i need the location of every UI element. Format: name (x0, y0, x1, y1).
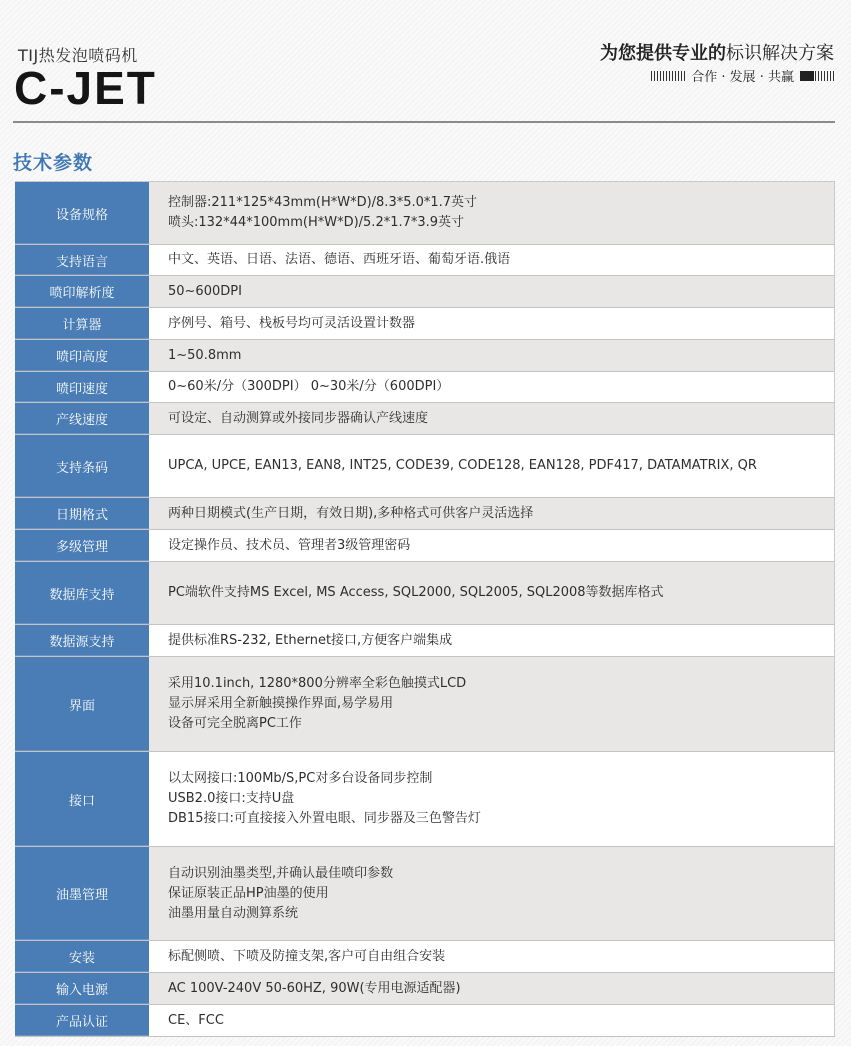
spec-row: 界面 采用10.1inch, 1280*800分辨率全彩色触摸式LCD 显示屏采… (15, 657, 834, 752)
spec-value: 1~50.8mm (149, 340, 834, 371)
spec-row: 喷印速度 0~60米/分（300DPI） 0~30米/分（600DPI） (15, 372, 834, 403)
spec-label: 喷印解析度 (15, 276, 149, 307)
slogan: 为您提供专业的标识解决方案 (600, 39, 834, 65)
spec-value: 提供标准RS-232, Ethernet接口,方便客户端集成 (149, 625, 834, 656)
brand-name: C-JET (14, 64, 157, 112)
spec-line: DB15接口:可直接接入外置电眼、同步器及三色警告灯 (168, 809, 834, 829)
spec-row: 接口 以太网接口:100Mb/S,PC对多台设备同步控制 USB2.0接口:支持… (15, 752, 834, 847)
spec-value: 0~60米/分（300DPI） 0~30米/分（600DPI） (149, 372, 834, 402)
spec-label: 设备规格 (15, 182, 149, 244)
spec-row: 设备规格 控制器:211*125*43mm(H*W*D)/8.3*5.0*1.7… (15, 182, 834, 245)
spec-value: 50~600DPI (149, 276, 834, 307)
spec-line: 中文、英语、日语、法语、德语、西班牙语、葡萄牙语.俄语 (168, 250, 834, 270)
spec-table: 设备规格 控制器:211*125*43mm(H*W*D)/8.3*5.0*1.7… (15, 181, 835, 1037)
slogan-rest: 标识解决方案 (726, 43, 834, 64)
spec-value: UPCA, UPCE, EAN13, EAN8, INT25, CODE39, … (149, 435, 834, 497)
spec-value: 以太网接口:100Mb/S,PC对多台设备同步控制 USB2.0接口:支持U盘 … (149, 752, 834, 846)
spec-row: 喷印高度 1~50.8mm (15, 340, 834, 372)
spec-line: 可设定、自动测算或外接同步器确认产线速度 (168, 409, 834, 429)
spec-value: 中文、英语、日语、法语、德语、西班牙语、葡萄牙语.俄语 (149, 245, 834, 275)
spec-value: 可设定、自动测算或外接同步器确认产线速度 (149, 403, 834, 434)
spec-value: 两种日期模式(生产日期，有效日期),多种格式可供客户灵活选择 (149, 498, 834, 529)
spec-label: 喷印速度 (15, 372, 149, 402)
spec-line: 两种日期模式(生产日期，有效日期),多种格式可供客户灵活选择 (168, 504, 834, 524)
decorative-bars-right-icon (800, 71, 834, 81)
spec-row: 支持语言 中文、英语、日语、法语、德语、西班牙语、葡萄牙语.俄语 (15, 245, 834, 276)
spec-line: 标配侧喷、下喷及防撞支架,客户可自由组合安装 (168, 947, 834, 967)
spec-label: 数据库支持 (15, 562, 149, 624)
spec-line: PC端软件支持MS Excel, MS Access, SQL2000, SQL… (168, 583, 834, 603)
spec-row: 喷印解析度 50~600DPI (15, 276, 834, 308)
spec-value: 序例号、箱号、栈板号均可灵活设置计数器 (149, 308, 834, 339)
spec-label: 支持条码 (15, 435, 149, 497)
spec-label: 产线速度 (15, 403, 149, 434)
section-title: 技术参数 (13, 148, 93, 175)
spec-row: 计算器 序例号、箱号、栈板号均可灵活设置计数器 (15, 308, 834, 340)
spec-label: 输入电源 (15, 973, 149, 1004)
spec-line: 提供标准RS-232, Ethernet接口,方便客户端集成 (168, 631, 834, 651)
spec-label: 安装 (15, 941, 149, 972)
spec-value: AC 100V-240V 50-60HZ, 90W(专用电源适配器) (149, 973, 834, 1004)
spec-line: 1~50.8mm (168, 346, 834, 366)
spec-value: PC端软件支持MS Excel, MS Access, SQL2000, SQL… (149, 562, 834, 624)
spec-label: 界面 (15, 657, 149, 751)
spec-row: 产品认证 CE、FCC (15, 1005, 834, 1037)
slogan-strong: 为您提供专业的 (600, 43, 726, 64)
spec-line: 0~60米/分（300DPI） 0~30米/分（600DPI） (168, 377, 834, 397)
spec-value: 采用10.1inch, 1280*800分辨率全彩色触摸式LCD 显示屏采用全新… (149, 657, 834, 751)
spec-label: 接口 (15, 752, 149, 846)
spec-row: 产线速度 可设定、自动测算或外接同步器确认产线速度 (15, 403, 834, 435)
spec-line: USB2.0接口:支持U盘 (168, 789, 834, 809)
spec-line: 油墨用量自动测算系统 (168, 904, 834, 924)
spec-line: UPCA, UPCE, EAN13, EAN8, INT25, CODE39, … (168, 456, 834, 476)
spec-value: 标配侧喷、下喷及防撞支架,客户可自由组合安装 (149, 941, 834, 972)
motto: 合作 · 发展 · 共赢 (651, 66, 834, 85)
spec-row: 日期格式 两种日期模式(生产日期，有效日期),多种格式可供客户灵活选择 (15, 498, 834, 530)
motto-text: 合作 · 发展 · 共赢 (691, 66, 794, 85)
spec-line: 控制器:211*125*43mm(H*W*D)/8.3*5.0*1.7英寸 (168, 193, 834, 213)
spec-value: CE、FCC (149, 1005, 834, 1036)
spec-line: 50~600DPI (168, 282, 834, 302)
spec-line: 设定操作员、技术员、管理者3级管理密码 (168, 536, 834, 556)
spec-line: 显示屏采用全新触摸操作界面,易学易用 (168, 694, 834, 714)
spec-line: 自动识别油墨类型,并确认最佳喷印参数 (168, 864, 834, 884)
spec-line: 序例号、箱号、栈板号均可灵活设置计数器 (168, 314, 834, 334)
spec-value: 设定操作员、技术员、管理者3级管理密码 (149, 530, 834, 561)
spec-line: CE、FCC (168, 1011, 834, 1031)
spec-value: 自动识别油墨类型,并确认最佳喷印参数 保证原装正品HP油墨的使用 油墨用量自动测… (149, 847, 834, 940)
spec-label: 支持语言 (15, 245, 149, 275)
spec-row: 油墨管理 自动识别油墨类型,并确认最佳喷印参数 保证原装正品HP油墨的使用 油墨… (15, 847, 834, 941)
spec-label: 油墨管理 (15, 847, 149, 940)
spec-label: 计算器 (15, 308, 149, 339)
spec-label: 喷印高度 (15, 340, 149, 371)
spec-row: 数据源支持 提供标准RS-232, Ethernet接口,方便客户端集成 (15, 625, 834, 657)
spec-row: 输入电源 AC 100V-240V 50-60HZ, 90W(专用电源适配器) (15, 973, 834, 1005)
spec-label: 产品认证 (15, 1005, 149, 1036)
spec-row: 数据库支持 PC端软件支持MS Excel, MS Access, SQL200… (15, 562, 834, 625)
spec-line: 保证原装正品HP油墨的使用 (168, 884, 834, 904)
spec-line: 喷头:132*44*100mm(H*W*D)/5.2*1.7*3.9英寸 (168, 213, 834, 233)
spec-line: 设备可完全脱离PC工作 (168, 714, 834, 734)
spec-row: 安装 标配侧喷、下喷及防撞支架,客户可自由组合安装 (15, 941, 834, 973)
spec-label: 日期格式 (15, 498, 149, 529)
spec-row: 多级管理 设定操作员、技术员、管理者3级管理密码 (15, 530, 834, 562)
spec-line: 以太网接口:100Mb/S,PC对多台设备同步控制 (168, 769, 834, 789)
spec-value: 控制器:211*125*43mm(H*W*D)/8.3*5.0*1.7英寸 喷头… (149, 182, 834, 244)
spec-row: 支持条码 UPCA, UPCE, EAN13, EAN8, INT25, COD… (15, 435, 834, 498)
spec-line: 采用10.1inch, 1280*800分辨率全彩色触摸式LCD (168, 674, 834, 694)
header-divider (13, 121, 835, 123)
spec-label: 数据源支持 (15, 625, 149, 656)
decorative-bars-left-icon (651, 71, 685, 81)
spec-line: AC 100V-240V 50-60HZ, 90W(专用电源适配器) (168, 979, 834, 999)
spec-label: 多级管理 (15, 530, 149, 561)
